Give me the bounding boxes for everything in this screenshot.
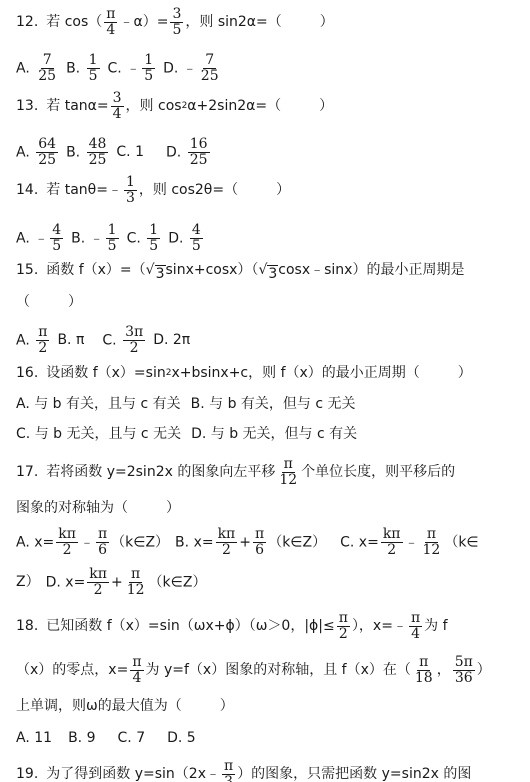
- fraction: 34: [111, 91, 124, 122]
- question-number: 13.: [16, 94, 38, 118]
- option-d[interactable]: D. x=kπ2+π12（k∈Z）: [46, 567, 207, 598]
- fraction: 13: [124, 175, 137, 206]
- question-18-options: A. 11 B. 9 C. 7 D. 5: [16, 726, 202, 750]
- option-c[interactable]: C. x=kπ2﹣π12（k∈: [340, 527, 479, 558]
- fraction: π12: [277, 457, 299, 488]
- sqrt: √3: [146, 258, 166, 282]
- option-a[interactable]: A. 11: [16, 726, 52, 750]
- option-b[interactable]: B. ﹣15: [71, 223, 120, 254]
- question-12-stem: 12. 若 cos（ π4 ﹣α）= 35 ，则 sin2α=（）: [16, 10, 334, 34]
- option-d[interactable]: D. ﹣725: [163, 53, 223, 84]
- option-a[interactable]: A. 725: [16, 53, 60, 84]
- question-17-stem-line2: 图象的对称轴为（）: [16, 496, 180, 520]
- sqrt: √3: [258, 258, 278, 282]
- question-13-stem: 13. 若 tanα= 34 ，则 cos2α+2sin2α=（）: [16, 94, 333, 118]
- question-18-stem: 18. 已知函数 f（x）=sin（ωx+ϕ）（ω＞0，|ϕ|≤ π2 ），x=…: [16, 614, 448, 638]
- question-15-stem: 15. 函数 f（x）=（ √3 sinx+cosx）（ √3 cosx﹣sin…: [16, 258, 464, 282]
- fraction: 35: [170, 7, 183, 38]
- option-c[interactable]: C. 3π2: [102, 325, 147, 356]
- option-c-wrap: Z）: [16, 570, 40, 594]
- option-c[interactable]: C. 7: [118, 726, 146, 750]
- option-d[interactable]: D. 5: [167, 726, 196, 750]
- question-16-options-row2: C. 与 b 无关，且与 c 无关 D. 与 b 无关，但与 c 有关: [16, 422, 363, 446]
- question-number: 15.: [16, 258, 38, 282]
- question-15-stem-line2: （）: [16, 290, 82, 314]
- option-d[interactable]: D. 2π: [153, 328, 190, 352]
- fraction: π4: [130, 655, 143, 686]
- option-c[interactable]: C. 1: [116, 140, 144, 164]
- option-b[interactable]: B. 与 b 有关，但与 c 无关: [191, 392, 356, 416]
- fraction: π3: [222, 759, 235, 782]
- fraction: π4: [104, 7, 117, 38]
- question-17-stem: 17. 若将函数 y=2sin2x 的图象向左平移 π12 个单位长度，则平移后…: [16, 460, 455, 484]
- question-number: 14.: [16, 178, 38, 202]
- option-c[interactable]: C. ﹣15: [108, 53, 158, 84]
- option-c[interactable]: C. 15: [127, 223, 163, 254]
- option-b[interactable]: B. 9: [68, 726, 95, 750]
- option-b[interactable]: B. 15: [66, 53, 101, 84]
- option-d[interactable]: D. 1625: [166, 137, 212, 168]
- question-number: 18.: [16, 614, 38, 638]
- option-d[interactable]: D. 45: [168, 223, 205, 254]
- option-d[interactable]: D. 与 b 无关，但与 c 有关: [191, 422, 357, 446]
- option-a[interactable]: A. ﹣45: [16, 223, 65, 254]
- option-a[interactable]: A. π2: [16, 325, 51, 356]
- question-number: 12.: [16, 10, 38, 34]
- option-b[interactable]: B. x=kπ2+π6（k∈Z）: [175, 527, 326, 558]
- fraction: 5π36: [453, 655, 475, 686]
- question-13-options: A. 6425 B. 4825 C. 1 D. 1625: [16, 140, 218, 164]
- option-a[interactable]: A. 6425: [16, 137, 60, 168]
- option-b[interactable]: B. π: [57, 328, 84, 352]
- question-19-stem: 19. 为了得到函数 y=sin（2x﹣ π3 ）的图象，只需把函数 y=sin…: [16, 762, 471, 782]
- option-c[interactable]: C. 与 b 无关，且与 c 无关: [16, 422, 181, 446]
- question-16-stem: 16. 设函数 f（x）=sin2x+bsinx+c，则 f（x）的最小正周期（…: [16, 361, 472, 385]
- question-number: 16.: [16, 361, 38, 385]
- question-18-stem-line3: 上单调，则ω的最大值为（）: [16, 694, 234, 718]
- question-16-options-row1: A. 与 b 有关，且与 c 有关 B. 与 b 有关，但与 c 无关: [16, 392, 362, 416]
- option-a[interactable]: A. 与 b 有关，且与 c 有关: [16, 392, 181, 416]
- question-12-options: A. 725 B. 15 C. ﹣15 D. ﹣725: [16, 56, 229, 80]
- question-number: 19.: [16, 762, 38, 782]
- question-number: 17.: [16, 460, 38, 484]
- option-a[interactable]: A. x=kπ2﹣π6（k∈Z）: [16, 527, 169, 558]
- fraction: π4: [409, 611, 422, 642]
- fraction: π18: [413, 655, 435, 686]
- option-b[interactable]: B. 4825: [66, 137, 110, 168]
- question-17-options-row2: Z） D. x=kπ2+π12（k∈Z）: [16, 570, 212, 594]
- question-14-options: A. ﹣45 B. ﹣15 C. 15 D. 45: [16, 226, 211, 250]
- fraction: π2: [337, 611, 350, 642]
- question-18-stem-line2: （x）的零点，x= π4 为 y=f（x）图象的对称轴，且 f（x）在（ π18…: [16, 658, 491, 682]
- question-15-options: A. π2 B. π C. 3π2 D. 2π: [16, 328, 196, 352]
- question-17-options-row1: A. x=kπ2﹣π6（k∈Z） B. x=kπ2+π6（k∈Z） C. x=k…: [16, 530, 485, 554]
- question-14-stem: 14. 若 tanθ=﹣ 13 ，则 cos2θ=（）: [16, 178, 290, 202]
